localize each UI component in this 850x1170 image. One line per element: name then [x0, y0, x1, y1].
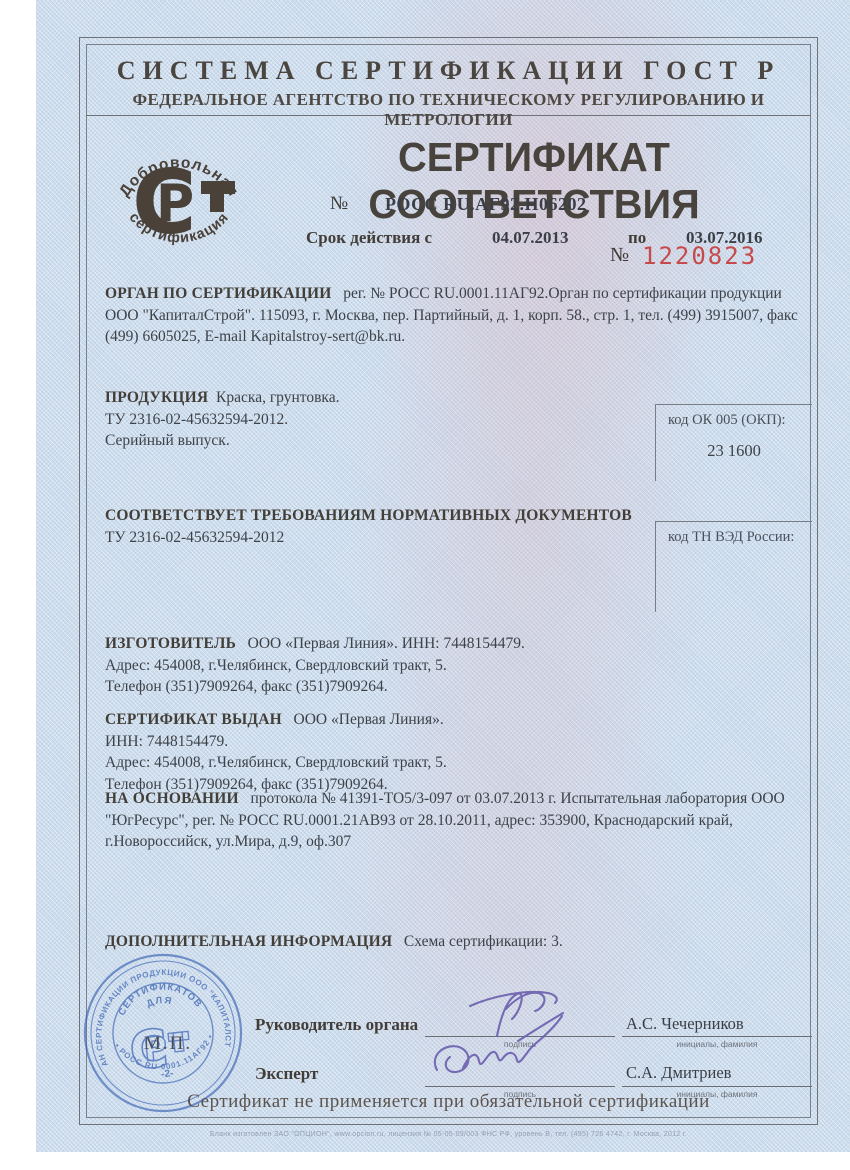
issued-to-address: Адрес: 454008, г.Челябинск, Свердловский…: [105, 752, 805, 774]
basis-label: НА ОСНОВАНИИ: [105, 790, 239, 807]
logo-t-stem: [210, 181, 224, 212]
expert-role-label: Эксперт: [255, 1064, 318, 1084]
head-name-caption: инициалы, фамилия: [622, 1039, 812, 1049]
stamp-number: -2-: [161, 1068, 174, 1080]
tnved-code-label: код ТН ВЭД России:: [656, 522, 812, 546]
cert-number-sign: №: [330, 193, 348, 215]
issued-to-inn: ИНН: 7448154479.: [105, 731, 805, 753]
seal-place-label: М.П.: [144, 1033, 192, 1055]
basis-paragraph: НА ОСНОВАНИИ протокола № 41391-ТО5/3-097…: [105, 788, 813, 853]
printer-fine-print: Бланк изготовлен ЗАО "ОПЦИОН", www.opcio…: [86, 1131, 811, 1138]
conformity-value: ТУ 2316-02-45632594-2012: [105, 527, 645, 549]
system-title: СИСТЕМА СЕРТИФИКАЦИИ ГОСТ Р: [86, 56, 811, 86]
head-name-line: [622, 1036, 812, 1037]
issued-to-label: СЕРТИФИКАТ ВЫДАН: [105, 711, 282, 728]
stamp-inner-line1: ДЛЯ: [145, 994, 175, 1010]
certification-body-paragraph: ОРГАН ПО СЕРТИФИКАЦИИ рег. № РОСС RU.000…: [105, 283, 813, 348]
additional-info-label: ДОПОЛНИТЕЛЬНАЯ ИНФОРМАЦИЯ: [105, 933, 392, 950]
product-section: ПРОДУКЦИЯ Краска, грунтовка. ТУ 2316-02-…: [105, 387, 645, 452]
conformity-label: СООТВЕТСТВУЕТ ТРЕБОВАНИЯМ НОРМАТИВНЫХ ДО…: [105, 505, 645, 527]
blank-number-sign: №: [610, 244, 629, 267]
additional-info-text: Схема сертификации: 3.: [404, 933, 563, 950]
cert-number-value: РОСС RU.АГ92.Н06202: [385, 194, 587, 215]
okp-code-box: код ОК 005 (ОКП): 23 1600: [655, 404, 812, 481]
product-name: Краска, грунтовка.: [216, 389, 339, 406]
issued-to-section: СЕРТИФИКАТ ВЫДАН ООО «Первая Линия». ИНН…: [105, 709, 805, 795]
issued-to-name: ООО «Первая Линия».: [294, 711, 444, 728]
manufacturer-phone: Телефон (351)7909264, факс (351)7909264.: [105, 676, 805, 698]
logo-rst-emblem: С Р: [132, 151, 235, 254]
blank-number-red: 1220823: [642, 242, 757, 270]
head-signature-line: [425, 1036, 615, 1037]
head-name: А.С. Чечерников: [626, 1014, 744, 1034]
svg-text:ДЛЯ: ДЛЯ: [145, 994, 175, 1010]
head-role-label: Руководитель органа: [255, 1015, 418, 1035]
rst-voluntary-certification-logo-icon: Добровольная сертификация С Р: [104, 129, 254, 261]
product-serial-line: Серийный выпуск.: [105, 430, 645, 452]
manufacturer-name: ООО «Первая Линия». ИНН: 7448154479.: [248, 635, 525, 652]
manufacturer-label: ИЗГОТОВИТЕЛЬ: [105, 635, 236, 652]
conformity-section: СООТВЕТСТВУЕТ ТРЕБОВАНИЯМ НОРМАТИВНЫХ ДО…: [105, 505, 645, 548]
certification-body-label: ОРГАН ПО СЕРТИФИКАЦИИ: [105, 285, 332, 302]
head-signature-caption: подпись: [425, 1039, 615, 1049]
okp-code-label: код ОК 005 (ОКП):: [656, 405, 812, 429]
footer-notice: Сертификат не применяется при обязательн…: [86, 1091, 811, 1113]
validity-from-date: 04.07.2013: [492, 228, 569, 248]
okp-code-value: 23 1600: [656, 441, 812, 461]
tnved-code-box: код ТН ВЭД России:: [655, 521, 812, 612]
manufacturer-address: Адрес: 454008, г.Челябинск, Свердловский…: [105, 655, 805, 677]
expert-name-line: [622, 1086, 812, 1087]
validity-label: Срок действия с: [306, 228, 432, 248]
expert-signature-line: [425, 1086, 615, 1087]
agency-title: ФЕДЕРАЛЬНОЕ АГЕНТСТВО ПО ТЕХНИЧЕСКОМУ РЕ…: [86, 90, 811, 130]
manufacturer-section: ИЗГОТОВИТЕЛЬ ООО «Первая Линия». ИНН: 74…: [105, 633, 805, 698]
product-label: ПРОДУКЦИЯ: [105, 389, 208, 406]
logo-letter-r: Р: [156, 174, 194, 234]
expert-name: С.А. Дмитриев: [626, 1063, 731, 1083]
certificate-document: СИСТЕМА СЕРТИФИКАЦИИ ГОСТ Р ФЕДЕРАЛЬНОЕ …: [0, 0, 850, 1170]
product-tu-line: ТУ 2316-02-45632594-2012.: [105, 409, 645, 431]
